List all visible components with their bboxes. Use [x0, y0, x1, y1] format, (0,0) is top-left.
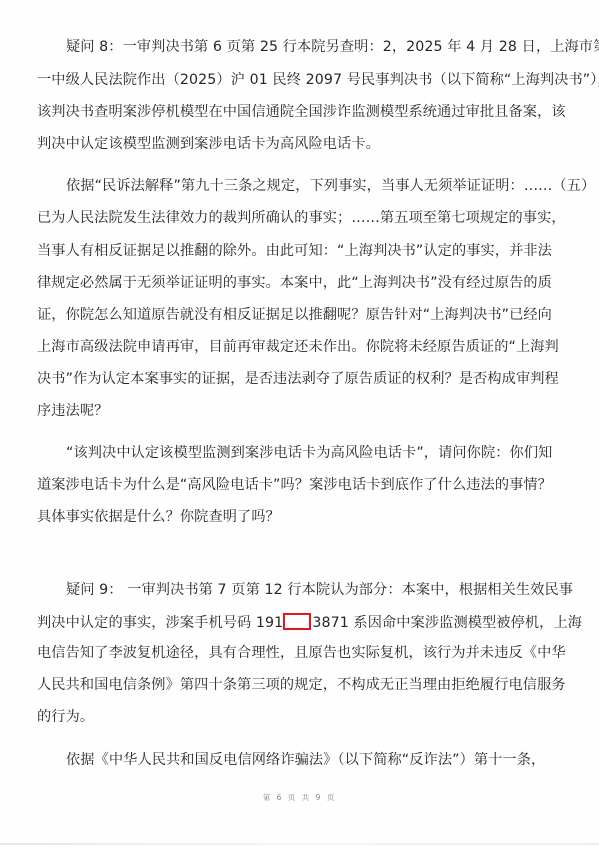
q8-argument-line-5: 证，你院怎么知道原告就没有相反证据足以推翻呢？原告针对“上海判决书”已经向	[37, 307, 552, 323]
q8-argument-line-8: 序违法呢？	[37, 403, 108, 419]
phone-redaction-box	[283, 613, 311, 630]
q8-question-line-3: 具体事实依据是什么？你院查明了吗？	[37, 509, 280, 525]
q8-question-line-1: “该判决中认定该模型监测到案涉电话卡为高风险电话卡”，请问你院：你们知	[66, 445, 552, 461]
page-edge-divider	[0, 843, 599, 845]
q9-intro-line-5: 的行为。	[37, 709, 94, 725]
page-footer: 第 6 页 共 9 页	[0, 792, 599, 803]
q8-intro-line-1: 疑问 8：一审判决书第 6 页第 25 行本院另查明：2，2025 年 4 月 …	[66, 39, 599, 55]
q9-intro-line-3: 电信告知了李波复机途径，具有合理性，且原告也实际复机，该行为并未违反《中华	[37, 645, 566, 661]
q9-line-2-start: 判决中认定的事实，涉案手机号码 191	[37, 615, 283, 631]
q8-argument-line-7: 决书”作为认定本案事实的证据，是否违法剥夺了原告质证的权利？是否构成审判程	[37, 371, 559, 387]
q9-argument-line-1: 依据《中华人民共和国反电信网络诈骗法》（以下简称“反诈法”）第十一条，	[66, 752, 545, 768]
q8-argument-line-3: 当事人有相反证据足以推翻的除外。由此可知：“上海判决书”认定的事实，并非法	[37, 243, 552, 259]
q8-argument-line-4: 律规定必然属于无须举证证明的事实。本案中，此“上海判决书”没有经过原告的质	[37, 275, 552, 291]
q9-intro-line-2: 判决中认定的事实，涉案手机号码 1913871 系因命中案涉监测模型被停机，上海	[37, 613, 582, 631]
q8-argument-line-6: 上海市高级法院申请再审，目前再审裁定还未作出。你院将未经原告质证的“上海判	[37, 339, 559, 355]
q8-intro-line-2: 一中级人民法院作出（2025）沪 01 民终 2097 号民事判决书（以下简称“…	[37, 72, 599, 88]
document-page: 疑问 8：一审判决书第 6 页第 25 行本院另查明：2，2025 年 4 月 …	[0, 0, 599, 847]
q9-line-2-end: 3871 系因命中案涉监测模型被停机，上海	[312, 615, 582, 631]
q8-intro-line-3: 该判决书查明案涉停机模型在中国信通院全国涉诈监测模型系统通过审批且备案，该	[37, 104, 566, 120]
q8-argument-line-1: 依据“民诉法解释”第九十三条之规定，下列事实，当事人无须举证证明：……（五）	[66, 178, 595, 194]
q9-intro-line-4: 人民共和国电信条例》第四十条第三项的规定，不构成无正当理由拒绝履行电信服务	[37, 677, 566, 693]
q8-argument-line-2: 已为人民法院发生法律效力的裁判所确认的事实；……第五项至第七项规定的事实，	[37, 210, 566, 226]
q8-question-line-2: 道案涉电话卡为什么是“高风险电话卡”吗？案涉电话卡到底作了什么违法的事情？	[37, 477, 552, 493]
q8-intro-line-4: 判决中认定该模型监测到案涉电话卡为高风险电话卡。	[37, 136, 380, 152]
q9-intro-line-1: 疑问 9： 一审判决书第 7 页第 12 行本院认为部分：本案中，根据相关生效民…	[66, 582, 573, 598]
